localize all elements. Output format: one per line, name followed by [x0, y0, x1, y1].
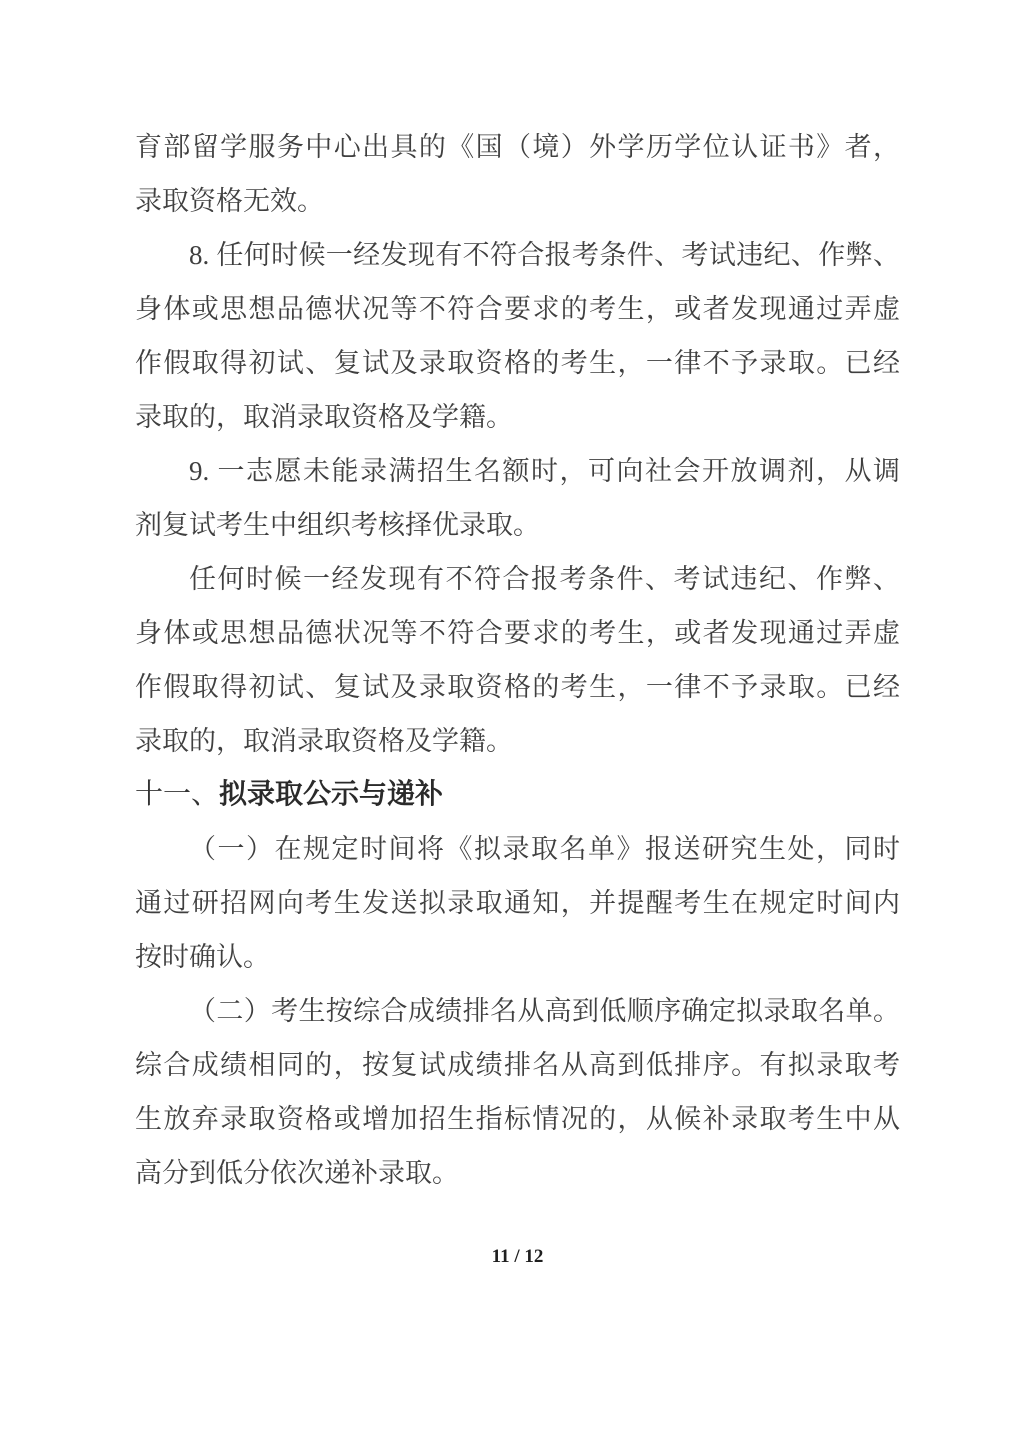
- text-line-item-1-paren: （一）在规定时间将《拟录取名单》报送研究生处，同时: [135, 822, 900, 876]
- text-line: 作假取得初试、复试及录取资格的考生，一律不予录取。已经: [135, 336, 900, 390]
- text-line: 作假取得初试、复试及录取资格的考生，一律不予录取。已经: [135, 660, 900, 714]
- text-line: 录取资格无效。: [135, 174, 900, 228]
- text-line: 身体或思想品德状况等不符合要求的考生，或者发现通过弄虚: [135, 282, 900, 336]
- text-line: 剂复试考生中组织考核择优录取。: [135, 498, 900, 552]
- text-line: 身体或思想品德状况等不符合要求的考生，或者发现通过弄虚: [135, 606, 900, 660]
- text-line-item-9: 9. 一志愿未能录满招生名额时，可向社会开放调剂，从调: [135, 444, 900, 498]
- text-line: 综合成绩相同的，按复试成绩排名从高到低排序。有拟录取考: [135, 1038, 900, 1092]
- text-line: 按时确认。: [135, 930, 900, 984]
- page-number: 11 / 12: [135, 1244, 900, 1270]
- text-line: 高分到低分依次递补录取。: [135, 1146, 900, 1200]
- text-line-item-8: 8. 任何时候一经发现有不符合报考条件、考试违纪、作弊、: [135, 228, 900, 282]
- document-text-block: 育部留学服务中心出具的《国（境）外学历学位认证书》者， 录取资格无效。 8. 任…: [135, 120, 900, 1200]
- section-heading: 十一、拟录取公示与递补: [135, 768, 900, 822]
- text-line-item-2-paren: （二）考生按综合成绩排名从高到低顺序确定拟录取名单。: [135, 984, 900, 1038]
- document-page: 育部留学服务中心出具的《国（境）外学历学位认证书》者， 录取资格无效。 8. 任…: [0, 0, 1024, 1448]
- section-heading-title: 拟录取公示与递补: [219, 779, 443, 810]
- text-line: 任何时候一经发现有不符合报考条件、考试违纪、作弊、: [135, 552, 900, 606]
- text-line: 通过研招网向考生发送拟录取通知，并提醒考生在规定时间内: [135, 876, 900, 930]
- section-heading-number: 十一、: [135, 779, 219, 810]
- text-line: 生放弃录取资格或增加招生指标情况的，从候补录取考生中从: [135, 1092, 900, 1146]
- text-line: 录取的，取消录取资格及学籍。: [135, 390, 900, 444]
- text-line: 录取的，取消录取资格及学籍。: [135, 714, 900, 768]
- text-line: 育部留学服务中心出具的《国（境）外学历学位认证书》者，: [135, 120, 900, 174]
